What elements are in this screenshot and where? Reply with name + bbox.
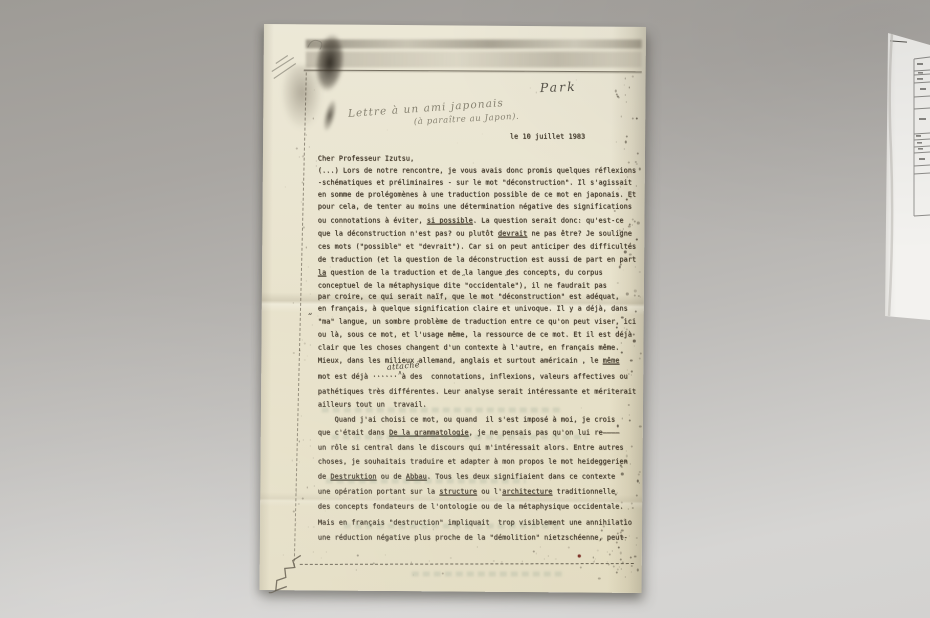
toner-speckle [635,494,637,496]
toner-speckle [625,576,626,577]
toner-speckle [619,229,621,231]
toner-speckle [618,266,621,269]
toner-speckle [614,210,615,211]
typed-line: pathétiques très différentes. Leur analy… [318,387,636,396]
toner-speckle [625,141,627,143]
toner-speckle [293,302,294,303]
toner-speckle [306,487,307,488]
letter-photocopy-page: Park Lettre à un ami japonais (à paraîtr… [260,24,646,593]
toner-speckle [627,369,628,370]
toner-speckle [304,359,305,360]
toner-speckle [615,572,617,574]
toner-speckle [631,371,632,372]
toner-speckle [635,185,636,186]
toner-speckle [633,340,636,343]
toner-speckle [304,342,306,344]
toner-speckle [634,346,635,347]
toner-speckle [637,152,639,154]
toner-speckle [316,160,317,161]
toner-speckle [628,225,631,228]
toner-speckle [296,148,298,150]
toner-speckle [618,188,619,189]
typed-line: des concepts fondateurs de l'ontologie o… [318,502,624,511]
toner-speckle [635,266,636,267]
toner-speckle [306,280,307,281]
toner-speckle [632,218,634,220]
toner-speckle [628,414,629,415]
toner-speckle [595,558,596,559]
toner-speckle [433,529,434,530]
toner-speckle [637,569,639,571]
toner-speckle [617,193,619,195]
toner-speckle [293,352,294,353]
toner-speckle [626,102,627,103]
toner-speckle [615,494,617,496]
bleed-through-stripe [332,434,587,439]
toner-speckle [478,339,479,340]
copied-page-bottom-edge [300,563,634,565]
toner-speckle [608,553,610,555]
toner-speckle [631,374,632,375]
toner-speckle [621,352,623,354]
toner-speckle [637,222,640,225]
toner-speckle [631,571,632,572]
bleed-through-stripe [344,523,559,528]
toner-speckle [533,550,535,552]
toner-speckle [544,559,545,560]
toner-speckle [637,480,639,482]
toner-speckle [638,357,640,359]
toner-speckle [625,328,627,330]
toner-speckle [321,558,322,559]
toner-speckle [535,553,536,554]
handwritten-margin-quote: “ [308,312,313,322]
toner-speckle [617,492,618,493]
toner-speckle [313,551,314,552]
toner-speckle [535,92,537,94]
toner-speckle [580,566,582,568]
toner-speckle [593,539,594,540]
typed-line: "ma" langue, un sombre problème de tradu… [318,317,636,326]
toner-speckle [632,117,634,119]
toner-speckle [615,90,617,92]
toner-speckle [636,117,638,119]
toner-speckle [473,163,474,164]
toner-speckle [357,554,359,556]
toner-speckle [621,316,623,318]
toner-speckle [312,324,313,325]
toner-speckle [620,531,622,533]
toner-speckle [636,163,637,164]
toner-speckle [624,148,625,149]
toner-speckle [630,502,632,504]
toner-speckle [616,142,617,143]
toner-speckle [608,563,610,565]
photo-background: Park Lettre à un ami japonais (à paraîtr… [0,0,930,618]
toner-speckle [299,350,301,352]
toner-speckle [620,116,622,118]
toner-speckle [303,440,304,441]
toner-speckle [581,407,582,408]
toner-speckle [631,446,633,448]
toner-speckle [410,562,411,563]
typed-line: (...) Lors de notre rencontre, je vous a… [318,166,636,175]
toner-speckle [634,220,636,222]
toner-smudge-band [306,37,642,71]
toner-speckle [632,507,634,509]
side-sheet-grid [884,30,930,320]
typed-line: en somme de prolégomènes à une traductio… [318,190,636,199]
toner-speckle [360,217,361,218]
toner-speckle [613,535,614,536]
toner-speckle [309,344,310,345]
toner-speckle [568,547,570,549]
toner-speckle [330,266,331,267]
toner-speckle [628,162,630,164]
toner-speckle [625,450,626,451]
toner-speckle [597,550,599,552]
toner-speckle [283,554,284,555]
toner-speckle [621,536,624,539]
toner-speckle [636,545,637,546]
toner-speckle [636,239,637,240]
toner-speckle [402,353,403,354]
toner-speckle [621,568,623,570]
toner-speckle [291,459,293,461]
toner-speckle [639,271,641,273]
typed-line: mot est déjà ······ à des connotations, … [318,372,628,381]
toner-speckle [394,537,395,538]
typed-line: ou là, sous ce mot, et l'usage même, la … [318,330,632,339]
toner-speckle [450,557,452,559]
toner-speckle [625,135,627,137]
toner-speckle [302,339,303,340]
toner-speckle [387,129,389,131]
toner-speckle [429,561,430,562]
toner-speckle [296,523,297,524]
toner-speckle [624,327,625,328]
toner-speckle [493,560,495,562]
toner-speckle [633,333,635,335]
toner-speckle [499,539,500,540]
toner-speckle [314,485,315,486]
typed-line: ou connotations à éviter, si possible. L… [318,216,624,225]
toner-speckle [632,225,633,226]
toner-speckle [624,84,626,86]
toner-speckle [385,554,386,555]
toner-speckle [385,564,386,565]
toner-speckle [285,187,286,188]
typed-line: une opération portant sur la structure o… [318,487,615,496]
toner-speckle [477,546,478,547]
typed-date: le 10 juillet 1983 [510,132,585,141]
toner-speckle [555,558,557,560]
toner-speckle [482,133,483,134]
toner-speckle [621,418,623,420]
toner-speckle [629,536,630,537]
toner-speckle [394,354,395,355]
toner-speckle [308,526,309,527]
toner-speckle [639,425,641,427]
toner-speckle [615,541,617,543]
toner-speckle [356,569,357,570]
toner-speckle [630,464,631,465]
toner-speckle [624,524,625,525]
typed-line: choses, je souhaitais traduire et adapte… [318,457,628,466]
toner-speckle [628,373,629,374]
typed-line: ces mots ("possible" et "devrait"). Car … [318,242,636,251]
toner-speckle [452,362,453,363]
toner-speckle [441,572,443,574]
typed-line: Cher Professeur Izutsu, [318,154,414,163]
typed-line: pour cela, de tenter au moins une déterm… [318,202,632,211]
toner-speckle [631,565,633,567]
toner-speckle [313,527,314,528]
toner-speckle [640,352,642,354]
toner-speckle [629,420,631,422]
handwritten-name-annotation: Park [540,79,577,95]
typed-line: en français, à quelque signification cla… [318,304,628,313]
toner-speckle [617,282,619,284]
toner-speckle [640,296,641,297]
toner-speckle [616,532,618,534]
toner-speckle [626,455,629,458]
toner-speckle [301,415,302,416]
toner-speckle [620,187,621,188]
toner-speckle [324,510,325,511]
side-sheet [884,30,930,320]
toner-speckle [298,157,299,158]
bleed-through-stripe [326,478,526,483]
toner-speckle [313,457,314,458]
toner-speckle [326,551,327,552]
toner-speckle [638,482,639,483]
toner-speckle [559,200,560,201]
toner-speckle [635,310,637,312]
toner-speckle [307,356,308,357]
toner-speckle [628,509,629,510]
toner-speckle [617,568,619,570]
toner-speckle [587,532,588,533]
toner-speckle [341,226,342,227]
bleed-through-stripe [322,407,562,412]
toner-speckle [577,554,578,555]
toner-speckle [601,537,603,539]
toner-speckle [630,360,632,362]
typed-line: un rôle si central dans le discours qui … [318,443,624,452]
toner-speckle [639,168,641,170]
toner-speckle [621,501,623,503]
toner-speckle [530,88,531,89]
toner-speckle [300,202,301,203]
toner-speckle [539,546,541,548]
toner-speckle [615,326,617,328]
toner-speckle [627,176,628,177]
toner-speckle [515,197,516,198]
toner-speckle [624,78,626,80]
toner-speckle [548,555,549,556]
toner-speckle [305,247,307,249]
toner-speckle [621,467,622,468]
bleed-through-stripe [412,571,562,576]
typed-line: que la déconstruction n'est pas? ou plut… [318,229,632,238]
toner-speckle [299,461,300,462]
toner-speckle [303,227,304,228]
toner-speckle [309,440,310,441]
toner-speckle [617,425,619,427]
toner-speckle [630,196,632,198]
typed-line: de traduction (et la question de la déco… [318,255,636,264]
toner-speckle [620,342,622,344]
toner-speckle [310,445,311,446]
toner-speckle [302,498,304,500]
toner-speckle [529,267,530,268]
toner-speckle [639,471,640,472]
toner-speckle [622,231,623,232]
toner-speckle [298,441,300,443]
toner-speckle [632,76,634,78]
toner-speckle [628,404,629,405]
toner-speckle [310,293,311,294]
toner-speckle [633,294,635,296]
toner-speckle [630,557,632,559]
toner-speckle [624,251,626,253]
typed-line: Quand j'ai choisi ce mot, ou quand il s'… [318,415,615,424]
typed-line: par croire, ce qui serait naïf, que le m… [318,292,620,301]
toner-speckle [611,550,612,551]
toner-speckle [606,551,607,552]
photocopied-content-layer: Park Lettre à un ami japonais (à paraîtr… [262,25,644,591]
toner-speckle [293,511,295,513]
typed-line: une réduction négative plus proche de la… [318,533,628,542]
toner-speckle [576,79,577,80]
toner-speckle [603,526,604,527]
toner-speckle [621,473,624,476]
toner-speckle [638,474,640,476]
typed-line: -schématiques et préliminaires - sur le … [318,178,632,187]
pencil-scribble [264,33,336,95]
toner-speckle [325,272,326,273]
toner-speckle [454,383,455,384]
toner-speckle [629,87,631,89]
toner-speckle [593,561,594,562]
toner-speckle [358,367,359,368]
toner-speckle [302,156,304,158]
toner-speckle [619,567,620,568]
toner-speckle [617,547,619,549]
toner-speckle [634,290,636,292]
toner-speckle [373,562,375,564]
toner-speckle [626,293,628,295]
typed-line: clair que les choses changent d'un conte… [318,343,620,352]
toner-speckle [601,530,603,532]
corner-tear-mark [267,552,311,594]
toner-speckle [624,518,626,520]
toner-speckle [308,267,309,268]
toner-speckle [612,566,614,568]
toner-speckle [635,161,636,162]
toner-speckle [457,142,459,144]
toner-speckle [413,574,414,575]
toner-speckle [586,281,587,282]
toner-speckle [625,94,626,95]
toner-speckle [420,294,421,295]
toner-speckle [623,269,624,270]
typed-line: la question de la traduction et de la la… [318,268,603,277]
toner-speckle [298,503,299,504]
typed-line: conceptuel de la métaphysique dite "occi… [318,281,607,290]
toner-speckle [636,537,638,539]
toner-speckle [620,552,622,554]
typed-line: Mieux, dans les milieux allemand, anglai… [318,356,620,365]
toner-speckle [598,577,600,579]
